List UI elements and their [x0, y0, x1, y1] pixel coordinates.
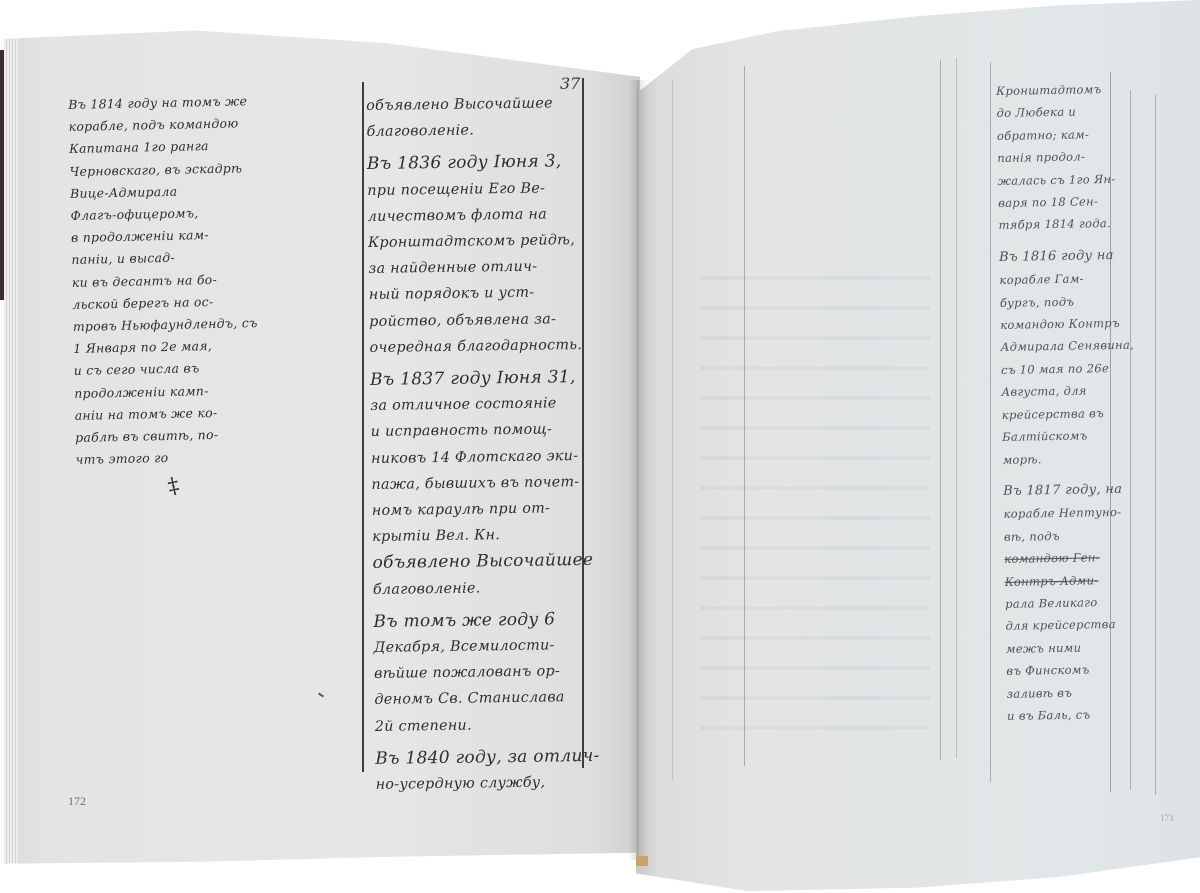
right-rule-3 — [990, 62, 991, 782]
right-rule-2 — [956, 58, 957, 758]
spine-headband — [636, 856, 648, 866]
paragraph: Кронштадтомъ до Любека и обратно; кам- п… — [996, 78, 1132, 237]
show-through-text — [700, 250, 930, 750]
paragraph: Въ 1817 году, на корабле Нептуно- вѣ, по… — [1003, 479, 1141, 728]
book-gutter — [628, 80, 648, 860]
right-rule-1 — [940, 60, 941, 760]
paragraph: Въ 1836 году Іюня 3, при посещеніи Его В… — [367, 148, 594, 361]
paragraph: объявлено Высочайшее благоволеніе. — [366, 90, 591, 146]
left-margin-text: Въ 1814 году на томъ же корабле, подъ ко… — [68, 90, 261, 471]
left-main-text: объявлено Высочайшее благоволеніе. Въ 18… — [366, 90, 600, 798]
paragraph: Въ 1840 году, за отлич- но-усердную служ… — [375, 743, 600, 799]
right-rule-6 — [1155, 95, 1156, 795]
right-rule-7 — [744, 66, 745, 766]
paragraph: Въ томъ же году 6 Декабря, Всемилости- в… — [373, 606, 599, 740]
column-rule-left — [362, 82, 364, 772]
paragraph: Въ 1816 году на корабле Гам- бургъ, подъ… — [999, 244, 1136, 470]
right-rule-8 — [672, 80, 673, 780]
right-margin-text: Кронштадтомъ до Любека и обратно; кам- п… — [996, 78, 1141, 728]
paragraph: Въ 1837 году Іюня 31, за отличное состоя… — [370, 364, 598, 603]
page-number-right: 173 — [1160, 813, 1174, 823]
page-number-left: 172 — [68, 794, 86, 809]
